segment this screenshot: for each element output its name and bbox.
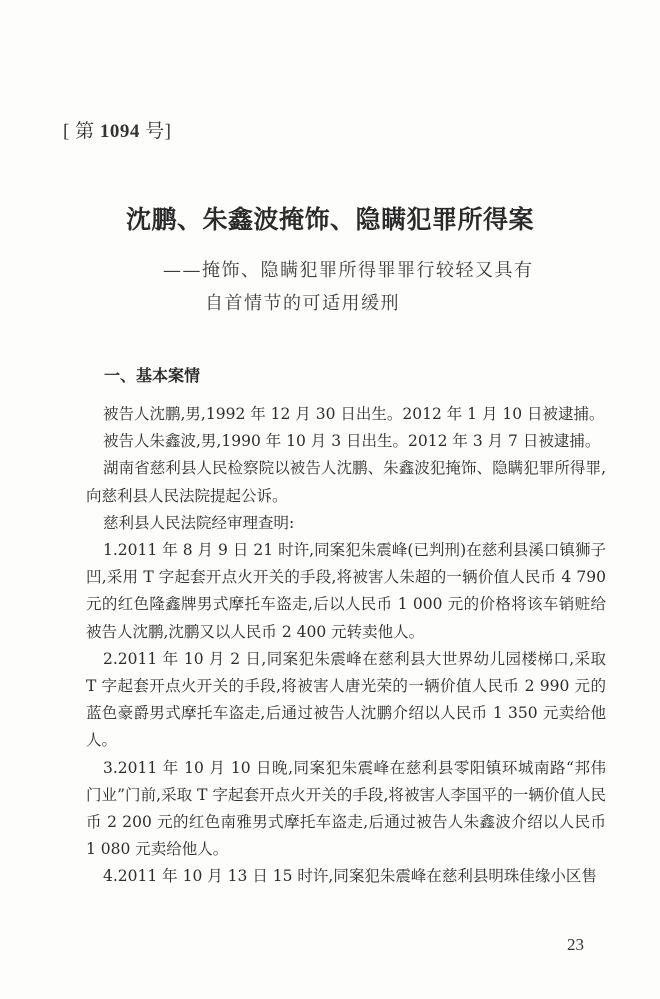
case-number-open-bracket: [ [63, 121, 70, 142]
paragraph-court-findings: 慈利县人民法院经审理查明: [86, 510, 606, 537]
body-text: 被告人沈鹏,男,1992 年 12 月 30 日出生。2012 年 1 月 10… [86, 401, 606, 891]
paragraph-defendant-1: 被告人沈鹏,男,1992 年 12 月 30 日出生。2012 年 1 月 10… [86, 401, 606, 428]
paragraph-prosecution: 湖南省慈利县人民检察院以被告人沈鹏、朱鑫波犯掩饰、隐瞒犯罪所得罪,向慈利县人民法… [86, 455, 606, 509]
page-number: 23 [567, 935, 584, 955]
case-number-value: 1094 [100, 121, 140, 142]
subtitle-line-2: 自首情节的可适用缓刑 [205, 289, 400, 315]
paragraph-fact-2: 2.2011 年 10 月 2 日,同案犯朱震峰在慈利县大世界幼儿园楼梯口,采取… [86, 646, 606, 755]
case-number-prefix: 第 [75, 121, 95, 142]
section-heading: 一、基本案情 [104, 363, 200, 386]
paragraph-fact-4: 4.2011 年 10 月 13 日 15 时许,同案犯朱震峰在慈利县明珠佳缘小… [86, 863, 606, 890]
case-number-close-bracket: ] [165, 121, 172, 142]
paragraph-fact-3: 3.2011 年 10 月 10 日晚,同案犯朱震峰在慈利县零阳镇环城南路“邦伟… [86, 755, 606, 864]
case-number: [ 第 1094 号] [63, 116, 171, 143]
paragraph-fact-1: 1.2011 年 8 月 9 日 21 时许,同案犯朱震峰(已判刑)在慈利县溪口… [86, 537, 606, 646]
subtitle-line-1: ——掩饰、隐瞒犯罪所得罪罪行较轻又具有 [163, 256, 534, 282]
case-number-suffix: 号 [145, 121, 165, 142]
paragraph-defendant-2: 被告人朱鑫波,男,1990 年 10 月 3 日出生。2012 年 3 月 7 … [86, 428, 606, 455]
document-title: 沈鹏、朱鑫波掩饰、隐瞒犯罪所得案 [0, 200, 660, 236]
